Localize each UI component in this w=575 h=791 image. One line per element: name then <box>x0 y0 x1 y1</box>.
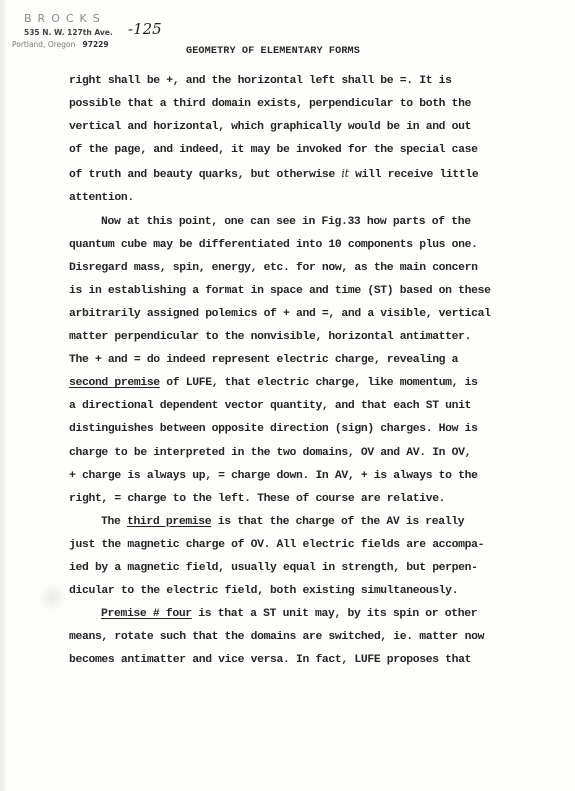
text-segment: The <box>101 516 127 528</box>
text-segment: of truth and beauty quarks, but otherwis… <box>69 169 341 181</box>
text-line: The third premise is that the charge of … <box>69 511 539 534</box>
document-title: GEOMETRY OF ELEMENTARY FORMS <box>186 46 360 57</box>
page-edge-shadow <box>0 0 6 791</box>
text-segment: is that the charge of the AV is really <box>211 516 464 528</box>
text-segment: of LUFE, that electric charge, like mome… <box>160 377 478 389</box>
underlined-term: third premise <box>127 516 211 528</box>
text-line: matter perpendicular to the nonvisible, … <box>69 326 539 349</box>
text-line: ied by a magnetic field, usually equal i… <box>69 557 539 580</box>
text-line: Premise # four is that a ST unit may, by… <box>69 603 539 626</box>
text-line: vertical and horizontal, which graphical… <box>69 116 539 139</box>
text-line: right shall be +, and the horizontal lef… <box>69 70 539 93</box>
paper-smudge <box>38 583 66 613</box>
text-line: The + and = do indeed represent electric… <box>69 349 539 372</box>
text-line: quantum cube may be differentiated into … <box>69 234 539 257</box>
handwritten-page-number: -125 <box>128 20 162 38</box>
underlined-term: second premise <box>69 377 160 389</box>
text-line: becomes antimatter and vice versa. In fa… <box>69 649 539 672</box>
stamp-zip: 97229 <box>83 40 109 49</box>
text-line: second premise of LUFE, that electric ch… <box>69 372 539 395</box>
text-line: of truth and beauty quarks, but otherwis… <box>69 162 539 187</box>
text-line: Disregard mass, spin, energy, etc. for n… <box>69 257 539 280</box>
text-line: dicular to the electric field, both exis… <box>69 580 539 603</box>
underlined-term: Premise # four <box>101 608 192 620</box>
text-segment: is that a ST unit may, by its spin or ot… <box>192 608 477 620</box>
text-line: + charge is always up, = charge down. In… <box>69 465 539 488</box>
text-line: of the page, and indeed, it may be invok… <box>69 139 539 162</box>
stamp-street-text: 535 N. W. 127th Ave. <box>24 28 113 37</box>
stamp-name: BROCKS <box>24 12 106 25</box>
text-line: just the magnetic charge of OV. All elec… <box>69 534 539 557</box>
text-segment: will receive little <box>349 169 479 181</box>
document-body: right shall be +, and the horizontal lef… <box>69 70 539 672</box>
text-line: possible that a third domain exists, per… <box>69 93 539 116</box>
text-line: means, rotate such that the domains are … <box>69 626 539 649</box>
text-line: charge to be interpreted in the two doma… <box>69 442 539 465</box>
text-line: distinguishes between opposite direction… <box>69 418 539 441</box>
text-line: is in establishing a format in space and… <box>69 280 539 303</box>
text-line: right, = charge to the left. These of co… <box>69 488 539 511</box>
stamp-street: 535 N. W. 127th Ave. <box>24 28 113 37</box>
stamp-city-text: Portland, Oregon <box>12 40 75 49</box>
text-line: attention. <box>69 187 539 210</box>
text-line: a directional dependent vector quantity,… <box>69 395 539 418</box>
text-line: arbitrarily assigned polemics of + and =… <box>69 303 539 326</box>
stamp-city: Portland, Oregon 97229 <box>12 40 109 49</box>
handwritten-correction: it <box>341 167 348 180</box>
text-line: Now at this point, one can see in Fig.33… <box>69 211 539 234</box>
